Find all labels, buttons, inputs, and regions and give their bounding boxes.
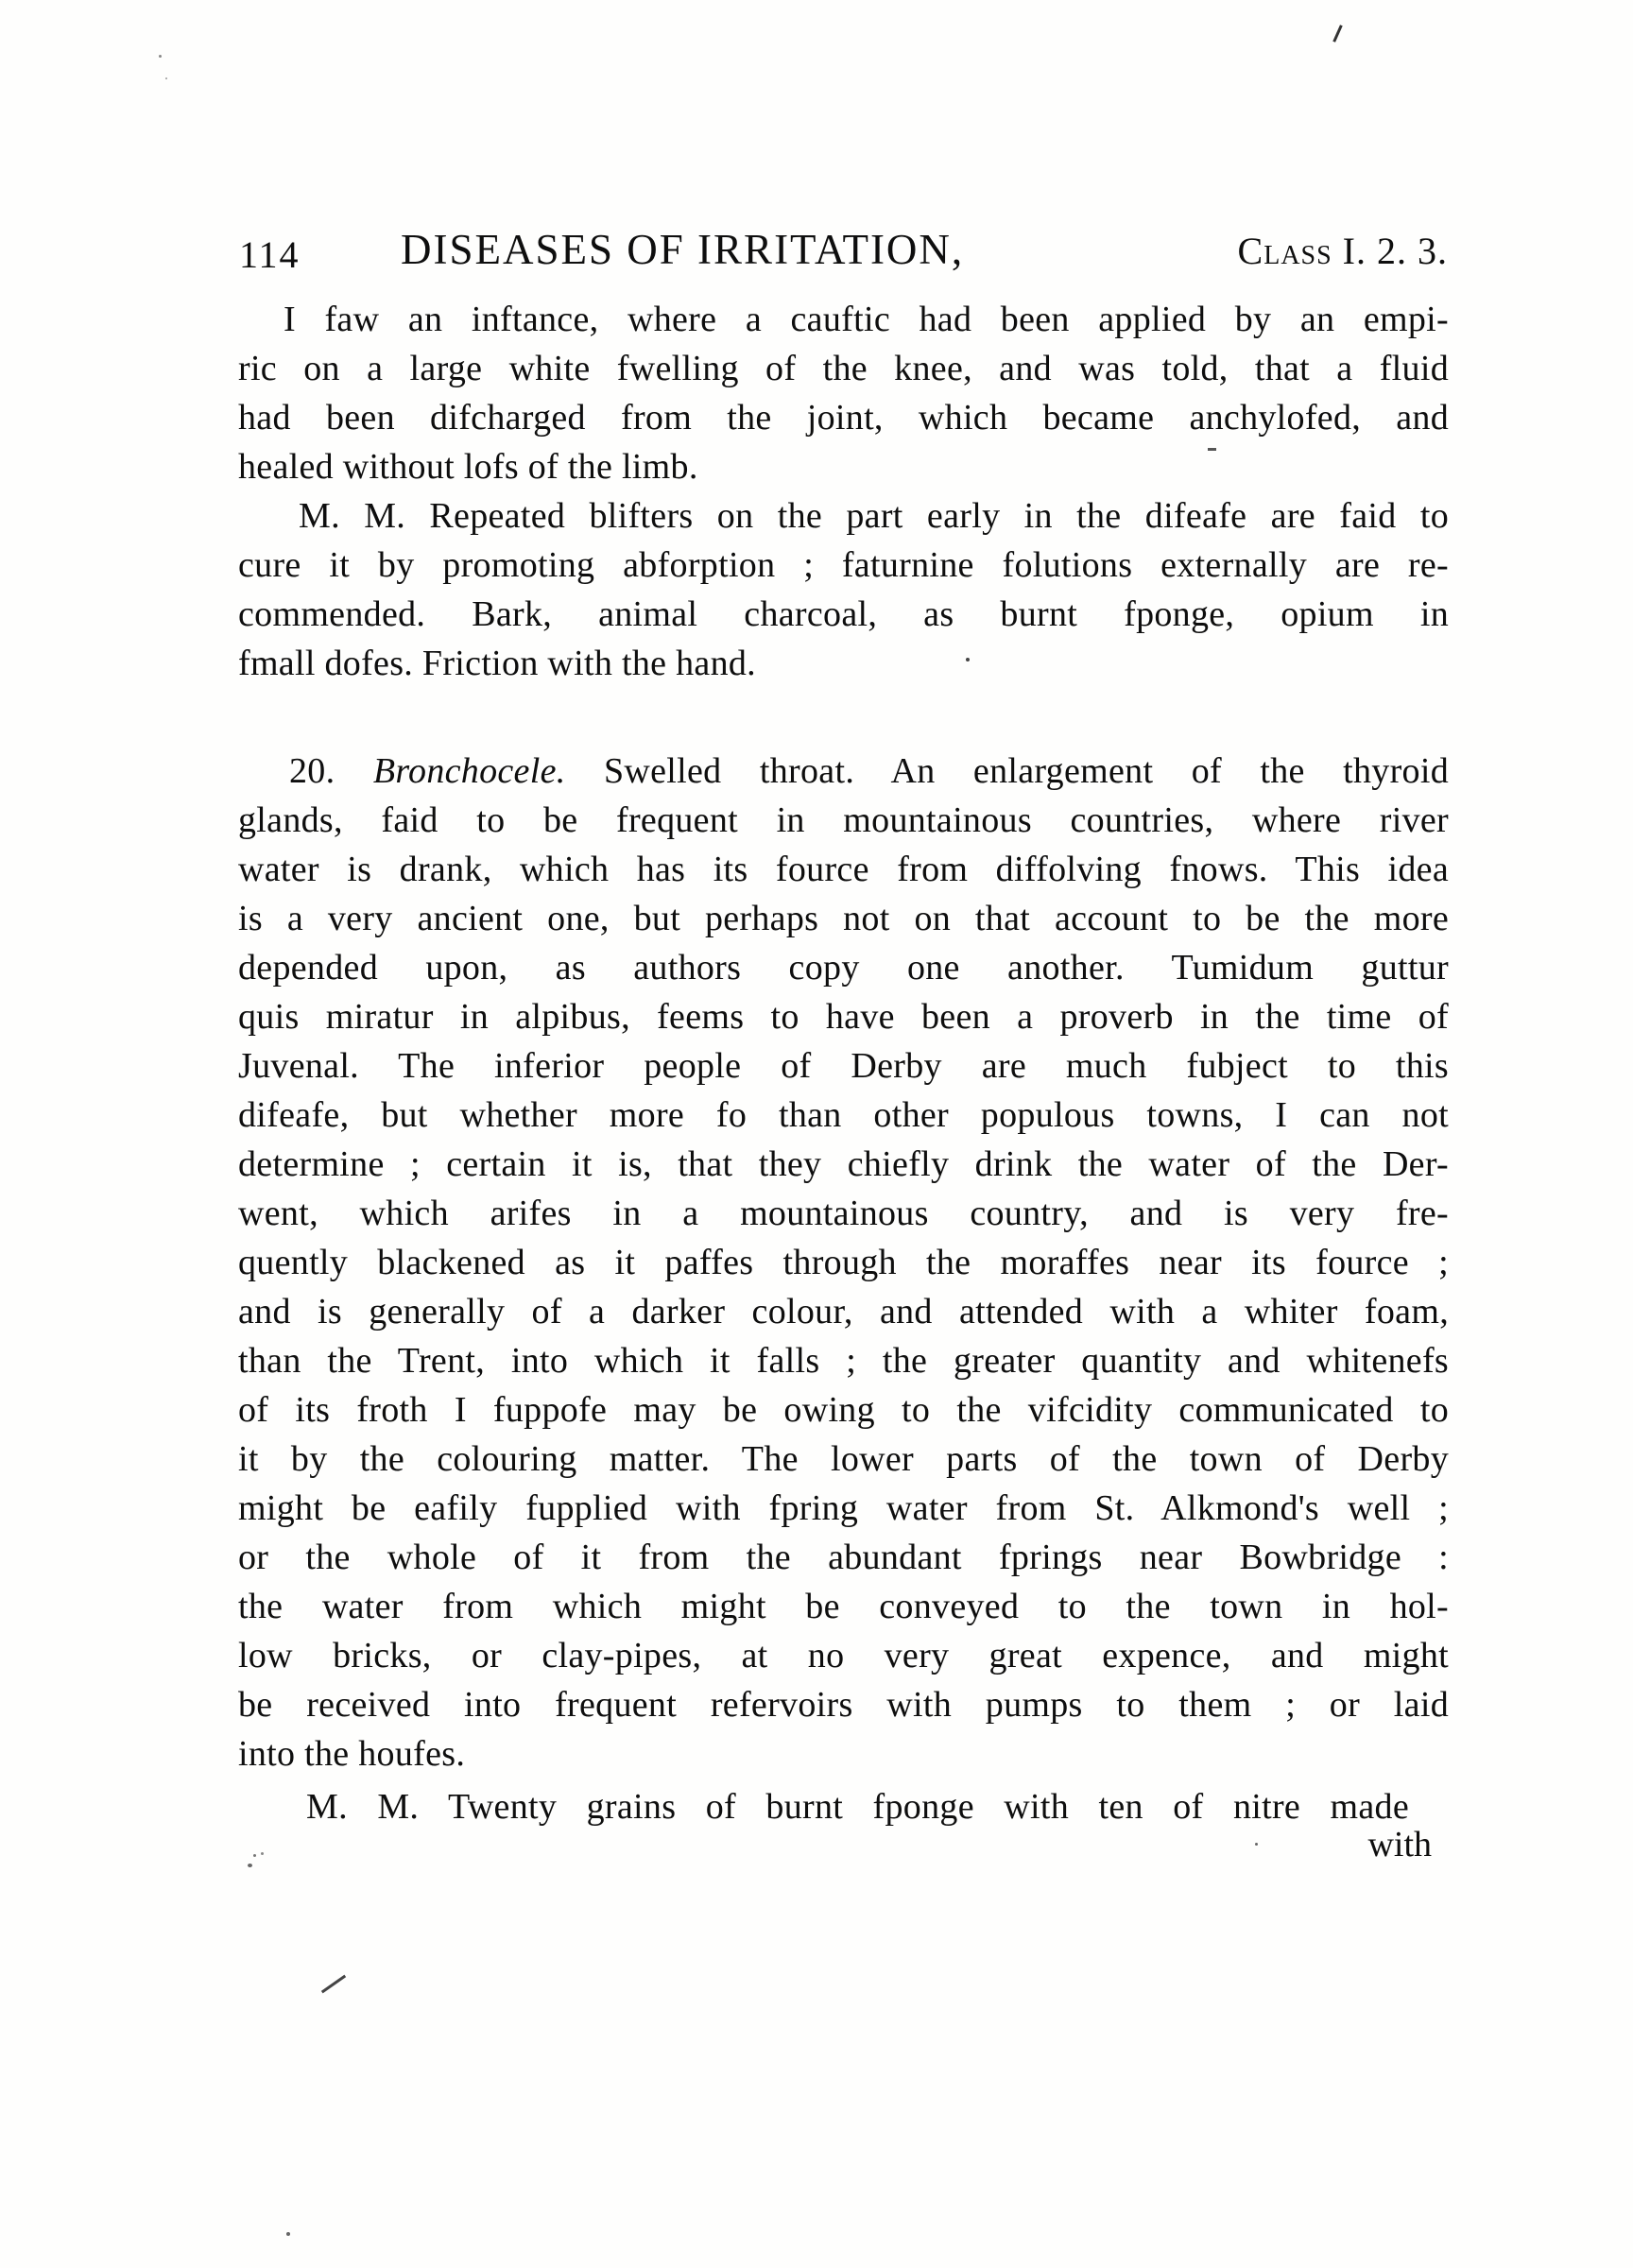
scan-mark-tick xyxy=(1332,25,1342,43)
scan-speck xyxy=(286,2232,290,2236)
text-line: I faw an inftance, where a cauftic had b… xyxy=(238,295,1449,344)
text-line: depended upon, as authors copy one anoth… xyxy=(238,943,1449,992)
text-line: quis miratur in alpibus, feems to have b… xyxy=(238,992,1449,1041)
text-line: and is generally of a darker colour, and… xyxy=(238,1287,1449,1336)
text-line: healed without lofs of the limb. xyxy=(238,442,1449,491)
text-line: might be eafily fupplied with fpring wat… xyxy=(238,1484,1449,1533)
text-line: low bricks, or clay-pipes, at no very gr… xyxy=(238,1631,1449,1680)
italic-term: Bronchocele. xyxy=(373,751,566,791)
scan-speck xyxy=(261,1852,264,1855)
text-line: quently blackened as it paffes through t… xyxy=(238,1238,1449,1287)
page-number: 114 xyxy=(239,232,301,277)
paragraph-1: I faw an inftance, where a cauftic had b… xyxy=(238,295,1449,491)
text-line: into the houfes. xyxy=(238,1729,1449,1778)
paragraph-2: M. M. Repeated blifters on the part earl… xyxy=(238,491,1449,688)
text-line: is a very ancient one, but perhaps not o… xyxy=(238,894,1449,943)
scan-speck xyxy=(165,77,167,79)
scan-mark-slash xyxy=(321,1975,346,1994)
scan-speck xyxy=(253,1854,256,1857)
scan-mark-dash xyxy=(1208,448,1216,451)
text-line: or the whole of it from the abundant fpr… xyxy=(238,1533,1449,1582)
book-page-scan: 114 DISEASES OF IRRITATION, Class I. 2. … xyxy=(0,0,1633,2268)
text-line: commended. Bark, animal charcoal, as bur… xyxy=(238,590,1449,639)
text-line: fmall dofes. Friction with the hand. xyxy=(238,639,1449,688)
text-line: went, which arifes in a mountainous coun… xyxy=(238,1189,1449,1238)
scan-speck xyxy=(248,1864,252,1867)
running-title: DISEASES OF IRRITATION, xyxy=(401,225,964,274)
text-line: the water from which might be conveyed t… xyxy=(238,1582,1449,1631)
text-line: cure it by promoting abforption ; faturn… xyxy=(238,541,1449,590)
text-line: ric on a large white fwelling of the kne… xyxy=(238,344,1449,393)
catchword: with xyxy=(238,1820,1449,1869)
text-line: determine ; certain it is, that they chi… xyxy=(238,1140,1449,1189)
section-label: Class I. 2. 3. xyxy=(1238,229,1448,273)
text-line: 20. Bronchocele. Swelled throat. An enla… xyxy=(238,747,1449,796)
scan-speck xyxy=(966,658,970,661)
text-line: had been difcharged from the joint, whic… xyxy=(238,393,1449,442)
scan-speck xyxy=(159,55,162,58)
text-line: Juvenal. The inferior people of Derby ar… xyxy=(238,1041,1449,1091)
text-line: than the Trent, into which it falls ; th… xyxy=(238,1336,1449,1385)
text-segment: Swelled throat. An enlargement of the th… xyxy=(566,751,1449,791)
text-line: difeafe, but whether more fo than other … xyxy=(238,1091,1449,1140)
text-line: be received into frequent refervoirs wit… xyxy=(238,1680,1449,1729)
text-line: water is drank, which has its fource fro… xyxy=(238,845,1449,894)
scan-speck xyxy=(1255,1843,1258,1846)
paragraph-3: 20. Bronchocele. Swelled throat. An enla… xyxy=(238,747,1449,1778)
text-line: M. M. Repeated blifters on the part earl… xyxy=(238,491,1449,541)
text-line: glands, faid to be frequent in mountaino… xyxy=(238,796,1449,845)
text-line: it by the colouring matter. The lower pa… xyxy=(238,1435,1449,1484)
text-line: of its froth I fuppofe may be owing to t… xyxy=(238,1385,1449,1435)
text-segment: 20. xyxy=(289,751,373,791)
